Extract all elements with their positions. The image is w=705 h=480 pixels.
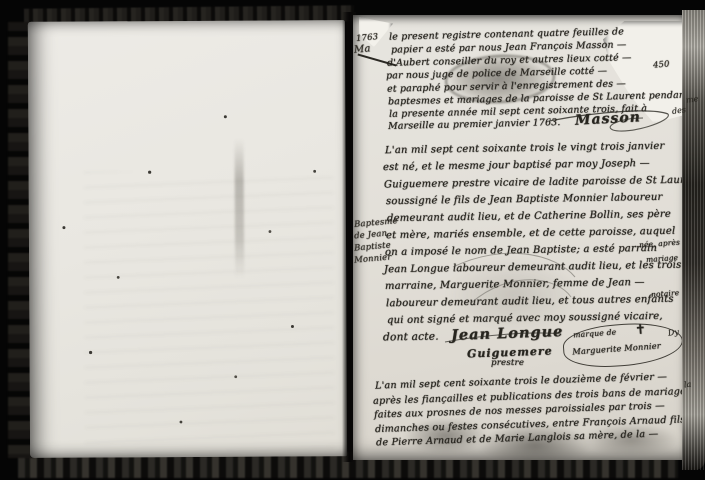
edge-annotation: me <box>685 94 698 105</box>
mark-label: marque de <box>573 327 617 339</box>
page-stack-fore-edge <box>682 10 705 470</box>
ink-bleedthrough <box>84 170 336 461</box>
mark-name: Marguerite Monnier <box>572 340 661 356</box>
book-scan: 1763 Ma le present registre contenant qu… <box>0 0 705 480</box>
manuscript-line: est né, et le mesme jour baptisé par moy… <box>383 158 650 173</box>
interline-note: née, après <box>639 238 681 250</box>
paper-specks <box>28 22 30 24</box>
manuscript-line: et mère, mariés ensemble, et de cette pa… <box>386 226 675 242</box>
margin-note-line: de Jean <box>354 228 388 241</box>
signature-title: prestre <box>491 358 524 368</box>
edge-annotation: la <box>683 380 692 390</box>
interline-note: notaire <box>651 288 680 299</box>
left-page <box>28 20 347 458</box>
closing-formula: dont acte. <box>383 331 439 344</box>
manuscript-line: L'an mil sept cent soixante trois le vin… <box>385 141 665 156</box>
corner-note-year: 1763 <box>356 31 379 43</box>
manuscript-line: Guiguemere prestre vicaire de ladite par… <box>384 175 684 191</box>
folio-number: 450 <box>653 58 670 69</box>
manuscript-line: demeurant audit lieu, et de Catherine Bo… <box>387 209 671 224</box>
manuscript-line: soussigné le fils de Jean Baptiste Monni… <box>386 192 663 207</box>
ink-bleedthrough-streak <box>234 139 244 279</box>
signature-masson: Masson <box>575 109 642 128</box>
right-page: 1763 Ma le present registre contenant qu… <box>353 15 684 460</box>
edge-annotation: des <box>671 105 686 116</box>
edge-annotation: Dy <box>667 327 679 337</box>
cross-mark-icon: ✝ <box>635 322 647 338</box>
